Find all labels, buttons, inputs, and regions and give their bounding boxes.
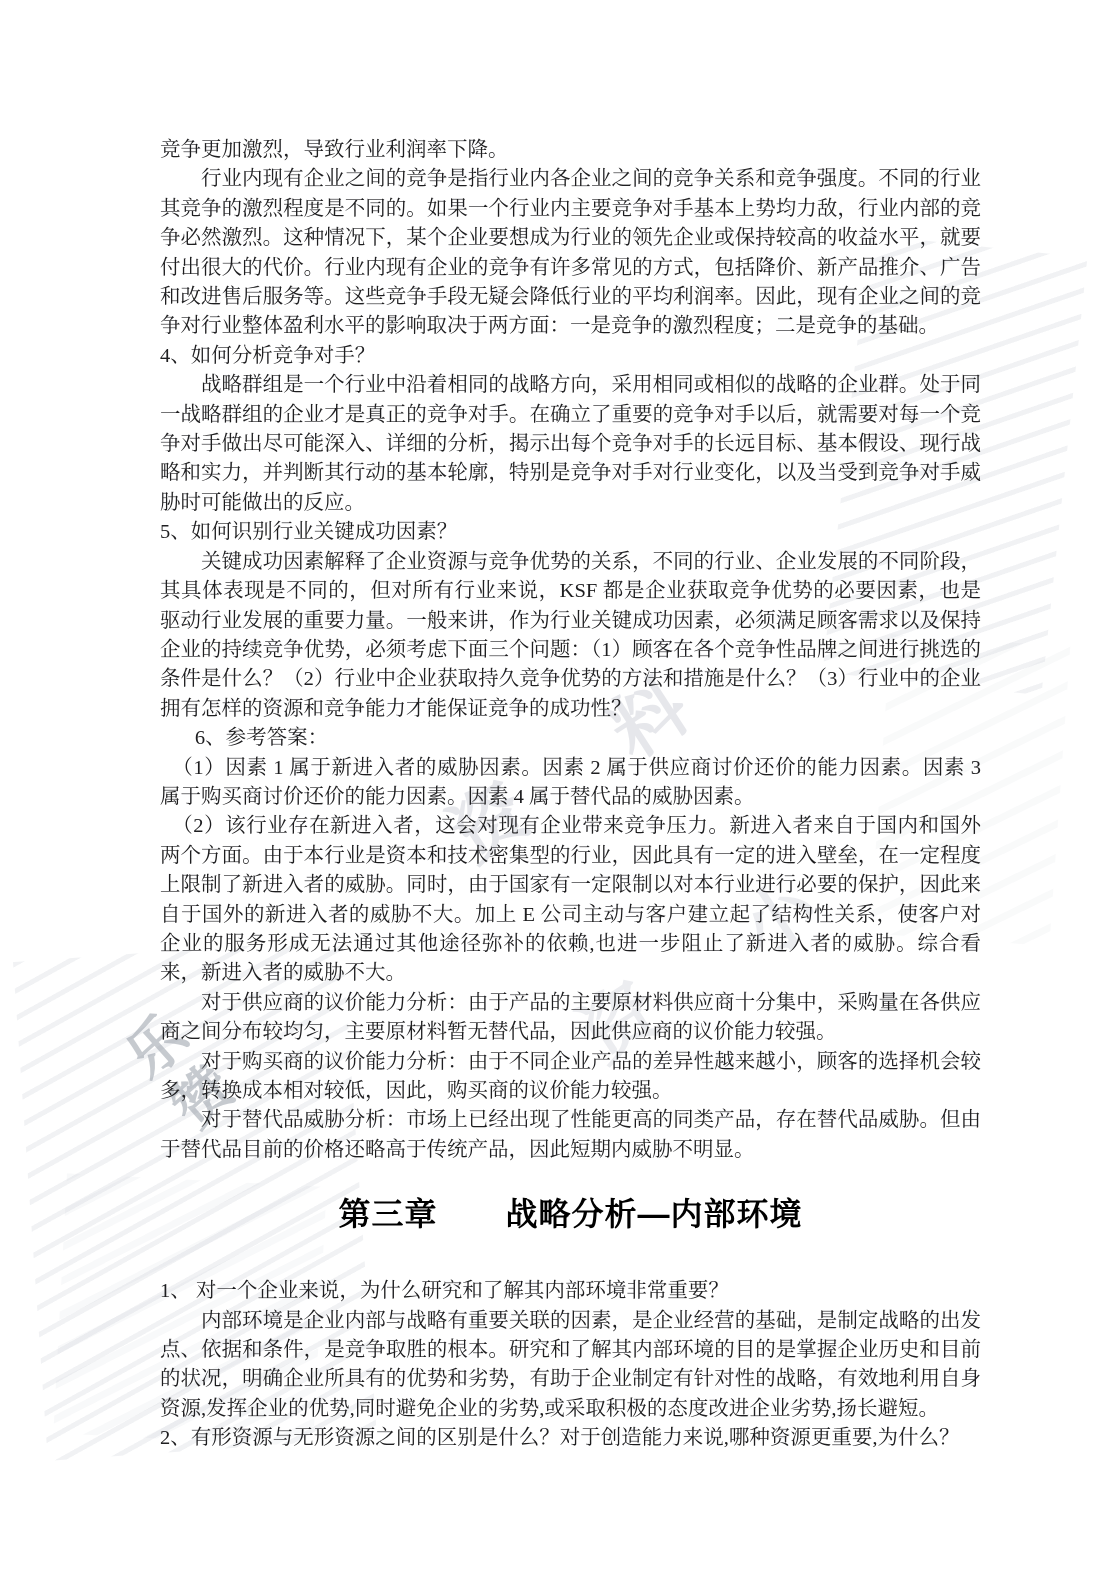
question-5: 5、如何识别行业关键成功因素？ xyxy=(160,518,981,547)
paragraph-intro-continuation: 竞争更加激烈，导致行业利润率下降。 xyxy=(160,136,981,165)
paragraph-answer-1: 内部环境是企业内部与战略有重要关联的因素，是企业经营的基础，是制定战略的出发点、… xyxy=(160,1307,981,1425)
paragraph-supplier-power: 对于供应商的议价能力分析：由于产品的主要原材料供应商十分集中，采购量在各供应商之… xyxy=(160,989,981,1048)
document-body: 竞争更加激烈，导致行业利润率下降。 行业内现有企业之间的竞争是指行业内各企业之间… xyxy=(0,0,981,1454)
question-2: 2、有形资源与无形资源之间的区别是什么？对于创造能力来说,哪种资源更重要,为什么… xyxy=(160,1424,981,1453)
paragraph-answer-6-part1: （1）因素 1 属于新进入者的威胁因素。因素 2 属于供应商讨价还价的能力因素。… xyxy=(160,754,981,813)
chapter-heading: 第三章战略分析—内部环境 xyxy=(160,1195,981,1233)
document-page: 资 料 资 小 乐赞 竞争更加激烈，导致行业利润率下降。 行业内现有企业之间的竞… xyxy=(0,0,1117,1579)
paragraph-buyer-power: 对于购买商的议价能力分析：由于不同企业产品的差异性越来越小，顾客的选择机会较多，… xyxy=(160,1048,981,1107)
paragraph-substitute-threat: 对于替代品威胁分析：市场上已经出现了性能更高的同类产品，存在替代品威胁。但由于替… xyxy=(160,1106,981,1165)
paragraph-answer-4: 战略群组是一个行业中沿着相同的战略方向，采用相同或相似的战略的企业群。处于同一战… xyxy=(160,371,981,518)
question-6: 6、参考答案： xyxy=(160,724,981,753)
question-4: 4、如何分析竞争对手？ xyxy=(160,342,981,371)
chapter-number: 第三章 xyxy=(338,1196,437,1232)
paragraph-rivalry: 行业内现有企业之间的竞争是指行业内各企业之间的竞争关系和竞争强度。不同的行业其竞… xyxy=(160,165,981,341)
chapter-title: 战略分析—内部环境 xyxy=(506,1196,803,1232)
question-1: 1、 对一个企业来说，为什么研究和了解其内部环境非常重要？ xyxy=(160,1277,981,1306)
paragraph-answer-5: 关键成功因素解释了企业资源与竞争优势的关系，不同的行业、企业发展的不同阶段，其具… xyxy=(160,548,981,724)
paragraph-answer-6-part2: （2）该行业存在新进入者，这会对现有企业带来竞争压力。新进入者来自于国内和国外两… xyxy=(160,812,981,988)
